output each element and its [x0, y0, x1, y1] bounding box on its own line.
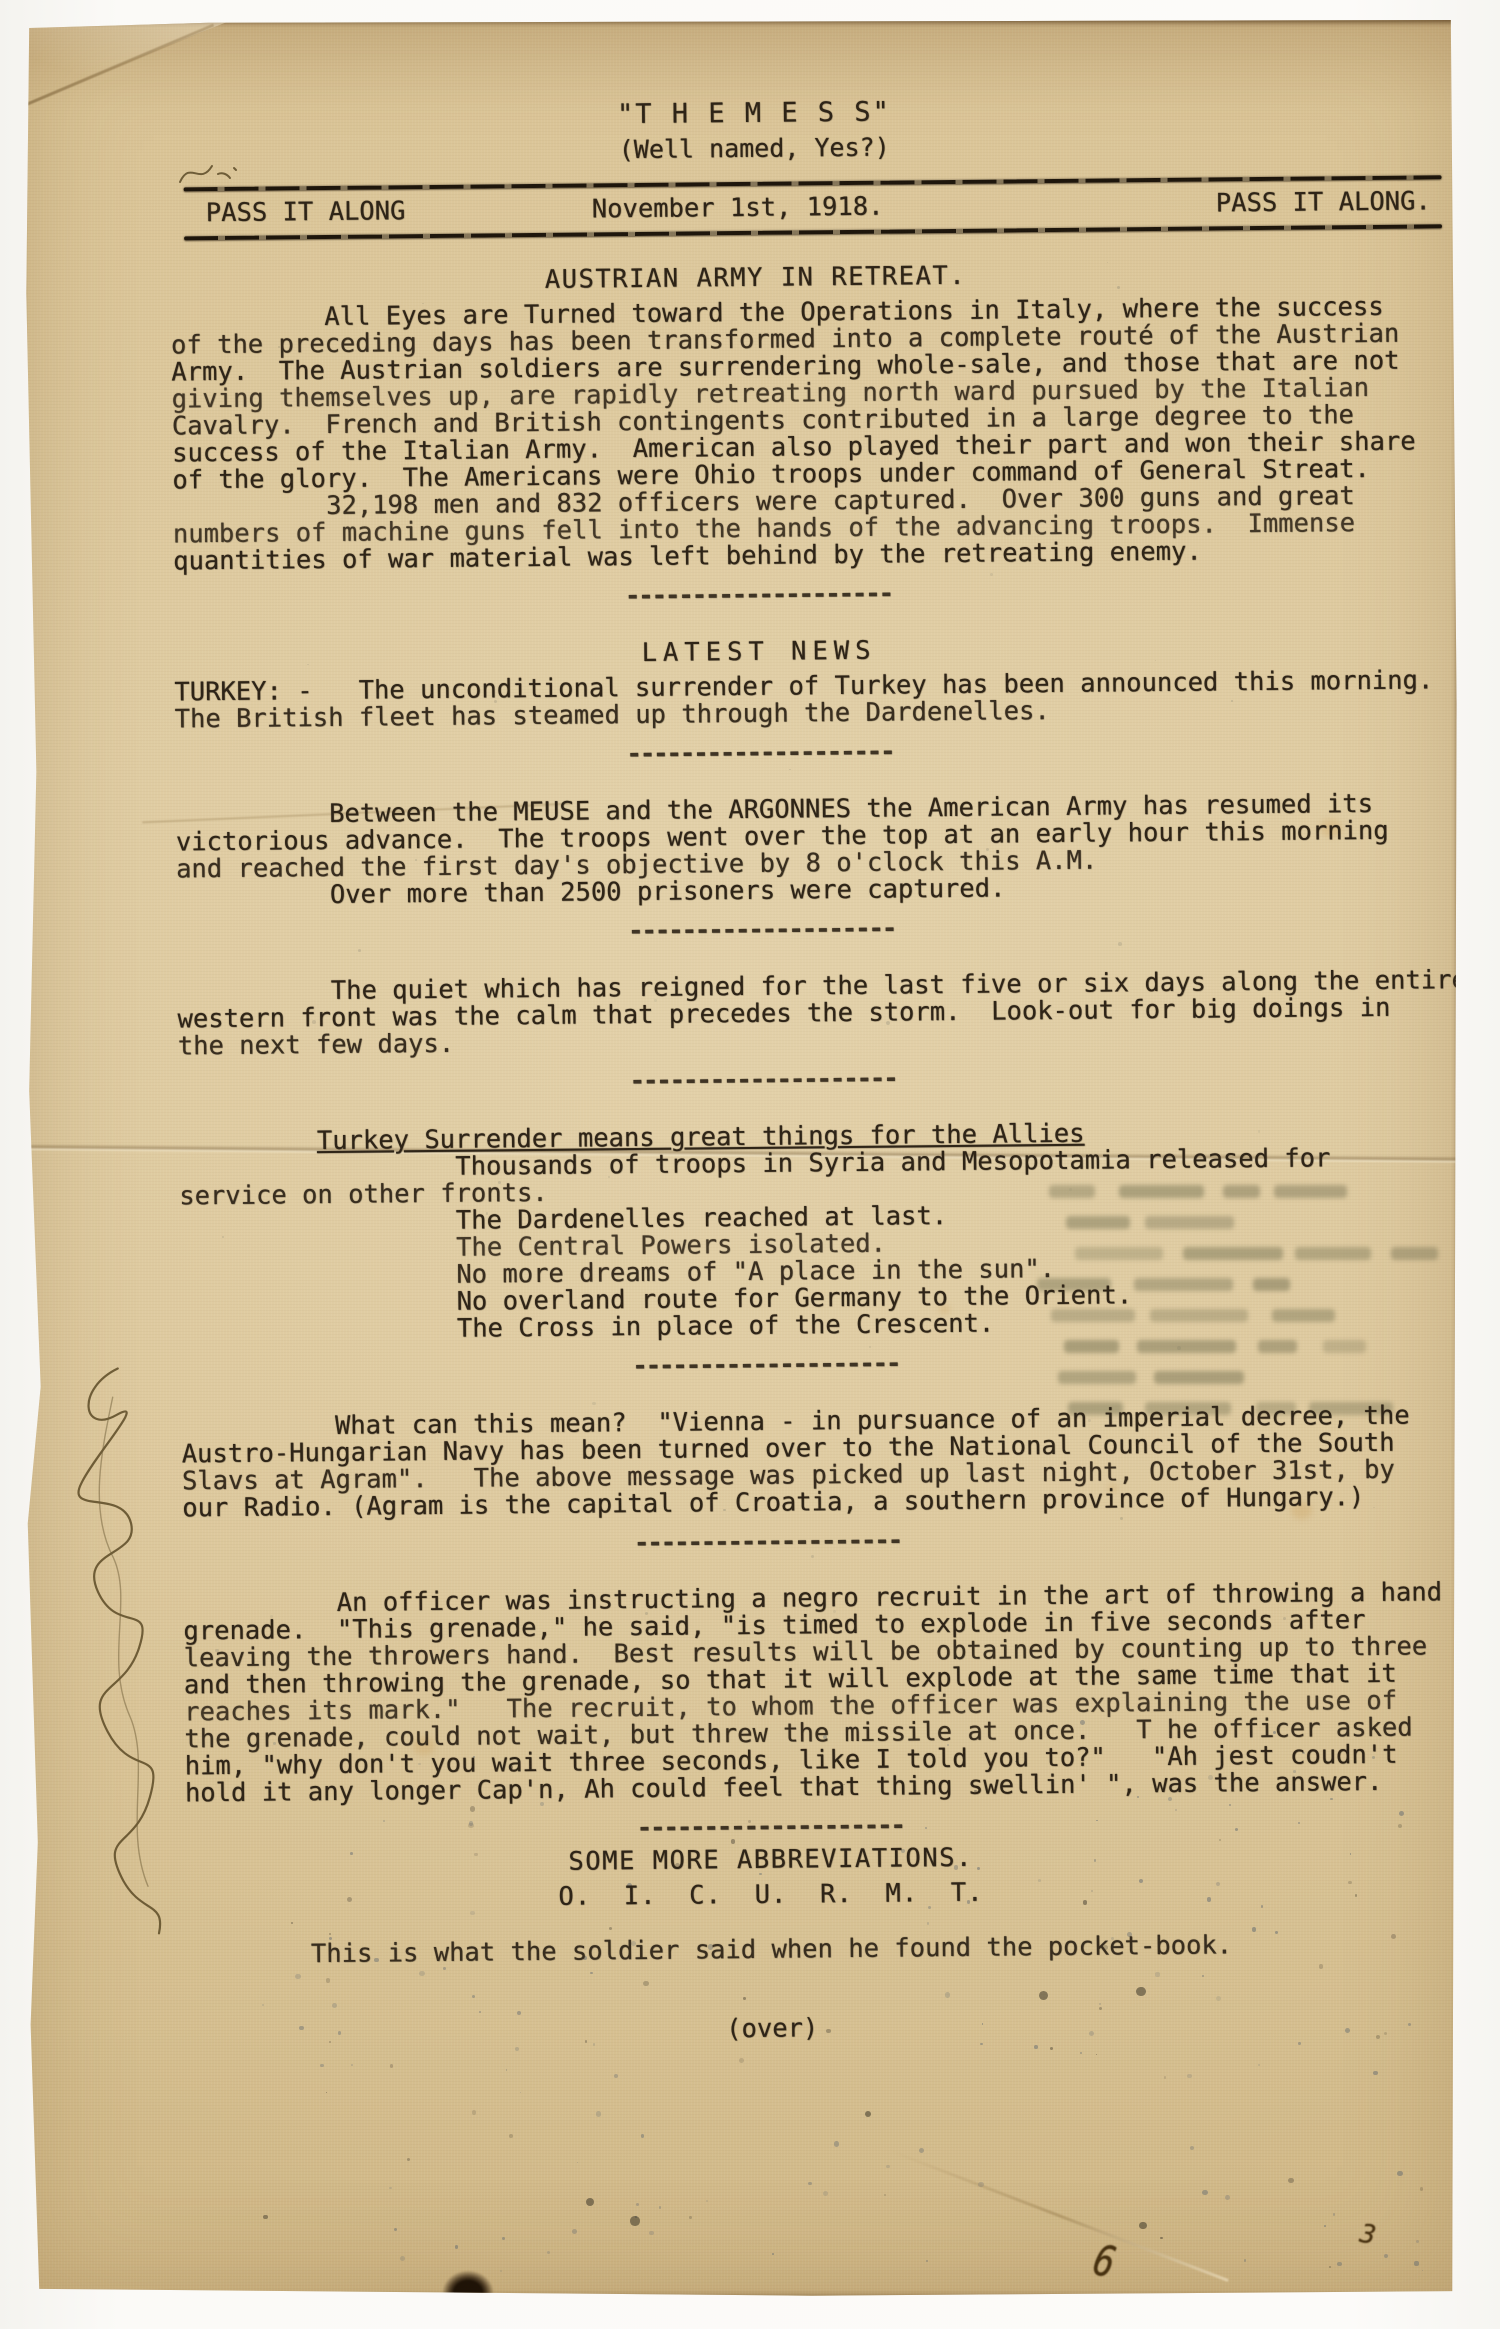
speckle [1139, 2222, 1147, 2230]
speckle [739, 2058, 744, 2063]
speckle [407, 2158, 410, 2161]
article-section: AUSTRIAN ARMY IN RETREAT. All Eyes are T… [170, 258, 1448, 575]
pass-it-along-left: PASS IT ALONG [206, 198, 406, 227]
speckle [506, 2069, 508, 2071]
article-section: What can this mean? "Vienna - in pursuan… [181, 1402, 1457, 1522]
document-page: "T H E M E S S" (Well named, Yes?) PASS … [22, 20, 1458, 2298]
speckle [978, 2182, 983, 2187]
article-section: The quiet which has reigned for the last… [177, 967, 1453, 1060]
speckle [706, 2200, 708, 2202]
section-separator: -------------------- [177, 911, 1347, 949]
speckle [1329, 2266, 1331, 2268]
speckle [1164, 2076, 1166, 2078]
speckle [1202, 2190, 1207, 2195]
speckle [577, 2162, 579, 2164]
typed-line: (over) [187, 2010, 1357, 2048]
speckle [659, 2206, 661, 2208]
speckle [586, 2198, 594, 2206]
article-heading: AUSTRIAN ARMY IN RETREAT. [170, 259, 1340, 297]
section-separator: -------------------- [175, 734, 1345, 772]
section-separator: -------------------- [183, 1523, 1353, 1561]
masthead-rule-bottom [184, 224, 1442, 240]
speckle [636, 2203, 639, 2206]
speckle [547, 2251, 550, 2254]
article-section: (over) [187, 2009, 1462, 2048]
article-section: An officer was instructing a negro recru… [183, 1579, 1460, 1807]
speckle [351, 2064, 353, 2066]
typed-line: This is what the soldier said when he fo… [186, 1931, 1356, 1969]
speckle [502, 2237, 505, 2240]
speckle [1034, 2045, 1038, 2049]
speckle [1187, 2074, 1192, 2079]
newsletter-subtitle: (Well named, Yes?) [169, 127, 1339, 169]
speckle [1373, 2071, 1377, 2075]
speckle [772, 2253, 774, 2255]
speckle [263, 2215, 268, 2220]
article-section: SOME MORE ABBREVIATIONS.O. I. C. U. R. M… [186, 1840, 1462, 1969]
speckle [834, 2141, 839, 2146]
speckle [886, 2165, 889, 2168]
speckle [1422, 2270, 1424, 2272]
speckle [808, 2182, 812, 2186]
section-separator: -------------------- [173, 576, 1343, 614]
speckle [630, 2216, 639, 2225]
article-section: Turkey Surrender means great things for … [179, 1117, 1456, 1345]
speckle [572, 2229, 577, 2234]
speckle [520, 2092, 522, 2094]
speckle [1324, 2225, 1326, 2227]
scanner-background: "T H E M E S S" (Well named, Yes?) PASS … [0, 0, 1500, 2329]
speckle [596, 2111, 601, 2116]
articles: AUSTRIAN ARMY IN RETREAT. All Eyes are T… [170, 258, 1462, 2048]
speckle [1416, 2240, 1419, 2243]
speckle [1225, 2195, 1230, 2200]
speckle [689, 2216, 692, 2219]
handwritten-numeral-6: 6 [1088, 2235, 1120, 2288]
speckle [980, 2043, 982, 2045]
speckle [823, 2191, 828, 2196]
speckle [389, 2187, 392, 2190]
speckle [1258, 2064, 1260, 2066]
speckle [509, 2134, 513, 2138]
speckle [641, 2134, 645, 2138]
pass-it-along-right: PASS IT ALONG. [1216, 188, 1431, 217]
section-separator: -------------------- [178, 1061, 1348, 1099]
speckle [394, 2228, 397, 2231]
speckle [926, 2260, 928, 2262]
speckle [455, 2245, 459, 2249]
speckle [400, 2256, 405, 2261]
speckle [390, 2064, 393, 2067]
article-heading: LATEST NEWS [174, 633, 1344, 671]
article-section: LATEST NEWSTURKEY: - The unconditional s… [174, 632, 1450, 733]
handwritten-numeral-3: 3 [1358, 2219, 1379, 2251]
speckle [919, 2148, 924, 2153]
speckle [1288, 2178, 1293, 2183]
speckle [472, 2110, 477, 2115]
speckle [500, 2270, 502, 2272]
bottom-right-crease [891, 2150, 1228, 2282]
speckle [614, 2074, 618, 2078]
speckle [515, 2047, 519, 2051]
masthead-dateline: PASS IT ALONG November 1st, 1918. PASS I… [170, 188, 1445, 227]
article-heading: SOME MORE ABBREVIATIONS. [186, 1841, 1356, 1879]
section-separator: -------------------- [185, 1808, 1355, 1846]
speckle [865, 2111, 871, 2117]
speckle [1414, 2261, 1418, 2265]
issue-date: November 1st, 1918. [592, 194, 884, 224]
speckle [326, 2092, 328, 2094]
speckle [1190, 2146, 1194, 2150]
typed-line: O. I. C. U. R. M. T. [186, 1876, 1356, 1914]
speckle [649, 2231, 653, 2235]
article-section: Between the MEUSE and the ARGONNES the A… [175, 790, 1451, 910]
speckle [1397, 2171, 1402, 2176]
speckle [1050, 2047, 1053, 2050]
speckle [1160, 2237, 1162, 2239]
section-separator: -------------------- [181, 1346, 1351, 1384]
speckle [1333, 2213, 1335, 2215]
speckle [1244, 2259, 1246, 2261]
speckle [1298, 2042, 1301, 2045]
speckle [635, 2216, 637, 2218]
speckle [1337, 2262, 1342, 2267]
speckle [1080, 2052, 1082, 2054]
speckle [1096, 2054, 1098, 2056]
ink-blot [442, 2268, 494, 2314]
speckle [320, 2064, 324, 2068]
speckle [1384, 2254, 1388, 2258]
typed-content: "T H E M E S S" (Well named, Yes?) PASS … [22, 13, 1477, 2050]
speckle [884, 2194, 886, 2196]
speckle [1420, 2187, 1423, 2190]
